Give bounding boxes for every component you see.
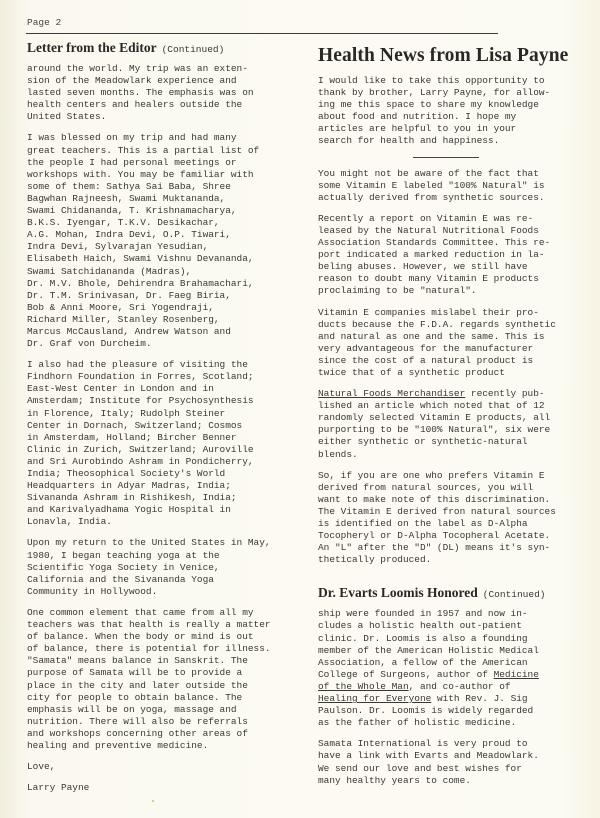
health-news-paragraph: Vitamin E companies mislabel their pro- … <box>318 307 580 380</box>
editor-letter-heading: Letter from the Editor(Continued) <box>27 40 292 58</box>
health-news-paragraph: Recently a report on Vitamin E was re- l… <box>318 213 580 298</box>
health-news-paragraph: So, if you are one who prefers Vitamin E… <box>318 470 580 567</box>
health-news-paragraph: You might not be aware of the fact that … <box>318 168 580 204</box>
loomis-title: Dr. Evarts Loomis Honored <box>318 585 478 600</box>
loomis-paragraph: Samata International is very proud to ha… <box>318 738 580 786</box>
letter-paragraph: around the world. My trip was an exten- … <box>27 63 292 123</box>
letter-closing: Love, <box>27 761 292 773</box>
book-title: Healing for Everyone <box>318 693 431 704</box>
letter-signature: Larry Payne <box>27 782 292 794</box>
continued-note: (Continued) <box>483 589 546 600</box>
continued-note: (Continued) <box>162 44 225 55</box>
letter-paragraph: I also had the pleasure of visiting the … <box>27 359 292 528</box>
paragraph-text: , and co-author of <box>409 681 511 692</box>
letter-paragraph: Upon my return to the United States in M… <box>27 537 292 597</box>
loomis-heading: Dr. Evarts Loomis Honored(Continued) <box>318 585 580 603</box>
letter-paragraph: I was blessed on my trip and had many gr… <box>27 132 292 350</box>
editor-letter-column: Letter from the Editor(Continued) around… <box>27 40 292 803</box>
health-news-paragraph: Natural Foods Merchandiser recently pub-… <box>318 388 580 461</box>
section-divider <box>413 157 479 158</box>
book-title: Medicine <box>494 669 539 680</box>
loomis-paragraph: ship were founded in 1957 and now in- cl… <box>318 608 580 729</box>
page-number: Page 2 <box>27 17 61 28</box>
editor-letter-title: Letter from the Editor <box>27 40 157 55</box>
publication-title: Natural Foods Merchandiser <box>318 388 465 399</box>
health-news-heading: Health News from Lisa Payne <box>318 45 580 67</box>
header-rule <box>26 33 498 34</box>
spacer <box>318 575 580 585</box>
book-title: of the Whole Man <box>318 681 409 692</box>
letter-paragraph: One common element that came from all my… <box>27 607 292 752</box>
health-news-column: Health News from Lisa Payne I would like… <box>318 40 580 796</box>
newsletter-page: Page 2 Letter from the Editor(Continued)… <box>0 0 600 818</box>
health-news-intro: I would like to take this opportunity to… <box>318 75 580 148</box>
paper-speck <box>152 800 154 802</box>
